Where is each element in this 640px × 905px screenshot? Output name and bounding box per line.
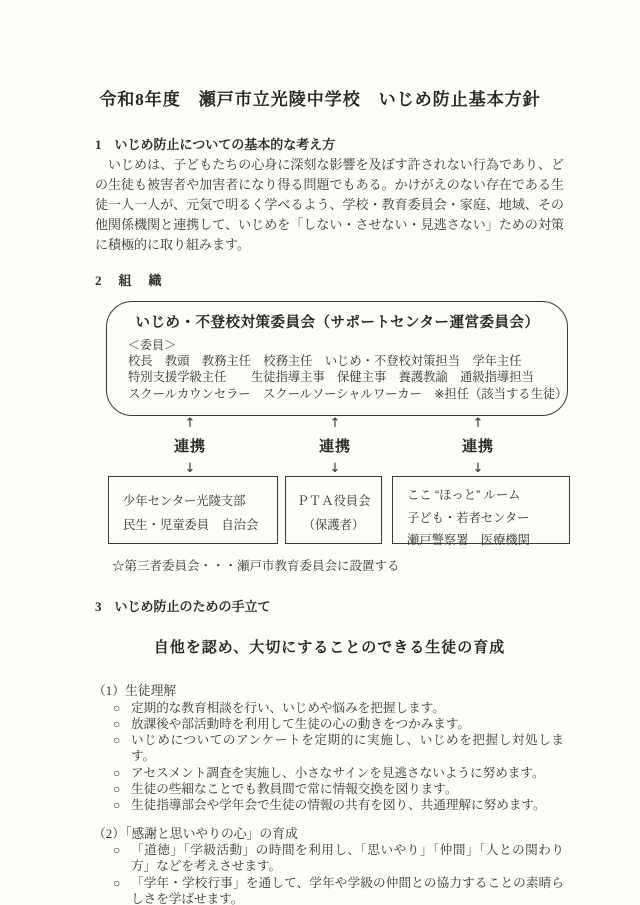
arrow-up-icon: ↑ [330, 417, 341, 430]
committee-member-row: 校長 教頭 教務主任 校務主任 いじめ・不登校対策担当 学年主任 [128, 353, 547, 369]
policy-item: ○ いじめについてのアンケートを定期的に実施し、いじめを把握し対処します。 [95, 732, 564, 765]
policy-item: ○ 生徒の些細なことでも教員間で常に情報交換を図ります。 [95, 781, 564, 797]
committee-box: いじめ・不登校対策委員会（サポートセンター運営委員会） ＜委員＞ 校長 教頭 教… [106, 301, 568, 416]
partner-line: 少年センター光陵支部 [123, 489, 277, 513]
policy-item: ○ 「学年・学校行事」を通して、学年や学級の仲間との協力することの素晴らしさを学… [95, 875, 564, 905]
link-label: 連携 [174, 438, 206, 455]
arrow-down-icon: ↓ [330, 462, 341, 475]
committee-title: いじめ・不登校対策委員会（サポートセンター運営委員会） [128, 311, 547, 332]
partner-line: （保護者） [286, 513, 381, 537]
partner-line: 民生・児童委員 自治会 [123, 513, 277, 537]
committee-member-row: 特別支援学級主任 生徒指導主事 保健主事 養護教諭 通級指導担当 [128, 369, 547, 385]
circle-bullet: ○ [113, 765, 131, 781]
policy-item: ○ 定期的な教育相談を行い、いじめや悩みを把握します。 [95, 700, 564, 716]
partner-box-youth-center: 少年センター光陵支部 民生・児童委員 自治会 [108, 476, 278, 544]
policy-item: ○ アセスメント調査を実施し、小さなサインを見逃さないように努めます。 [95, 765, 564, 781]
circle-bullet: ○ [113, 732, 131, 748]
subsection-gratitude-compassion: （2）「感謝と思いやりの心」の育成 ○ 「道徳」「学級活動」の時間を利用し、「思… [95, 826, 564, 905]
policy-item: ○ 放課後や部活動時を利用して生徒の心の動きをつかみます。 [95, 716, 564, 732]
link-label: 連携 [462, 438, 494, 455]
circle-bullet: ○ [113, 797, 131, 813]
committee-member-row: スクールカウンセラー スクールソーシャルワーカー ※担任（該当する生徒） [128, 386, 547, 402]
section1-heading: 1 いじめ防止についての基本的な考え方 [95, 134, 564, 153]
link-label: 連携 [319, 438, 351, 455]
arrow-down-icon: ↓ [185, 462, 196, 475]
organization-diagram: いじめ・不登校対策委員会（サポートセンター運営委員会） ＜委員＞ 校長 教頭 教… [0, 301, 640, 583]
subsection-heading: （1）生徒理解 [93, 683, 564, 700]
link-column: ↑ 連携 ↓ [443, 417, 513, 475]
section1-paragraph: いじめは、子どもたちの心身に深刻な影響を及ぼす許されない行為であり、どの生徒も被… [95, 155, 564, 255]
partner-line: 子ども・若者センター [407, 507, 569, 530]
partner-box-community: ここ “ほっと” ルーム 子ども・若者センター 瀬戸警察署 医療機関 [392, 476, 570, 544]
policy-item: ○ 「道徳」「学級活動」の時間を利用し、「思いやり」「仲間」「人との関わり方」な… [95, 842, 564, 875]
arrow-up-icon: ↑ [185, 417, 196, 430]
circle-bullet: ○ [113, 842, 131, 858]
partner-line: ここ “ほっと” ルーム [407, 484, 569, 507]
section2-heading: 2 組 織 [95, 270, 564, 289]
link-column: ↑ 連携 ↓ [155, 417, 225, 475]
committee-members-label: ＜委員＞ [128, 336, 547, 353]
scanned-document-page: 令和8年度 瀬戸市立光陵中学校 いじめ防止基本方針 1 いじめ防止についての基本… [0, 0, 640, 905]
policy-item: ○ 生徒指導部会や学年会で生徒の情報の共有を図り、共通理解に努めます。 [95, 797, 564, 813]
education-slogan: 自他を認め、大切にすることのできる生徒の育成 [95, 636, 564, 657]
circle-bullet: ○ [113, 781, 131, 797]
partner-line: 瀬戸警察署 医療機関 [407, 529, 569, 552]
subsection-heading: （2）「感謝と思いやりの心」の育成 [93, 826, 564, 843]
partner-line: ＰＴＡ役員会 [286, 489, 381, 513]
partner-box-pta: ＰＴＡ役員会 （保護者） [285, 476, 382, 544]
document-title: 令和8年度 瀬戸市立光陵中学校 いじめ防止基本方針 [0, 85, 640, 110]
circle-bullet: ○ [113, 875, 131, 891]
link-column: ↑ 連携 ↓ [300, 417, 370, 475]
section3-heading: 3 いじめ防止のための手立て [95, 596, 564, 615]
circle-bullet: ○ [113, 700, 131, 716]
circle-bullet: ○ [113, 716, 131, 732]
third-party-committee-note: ☆第三者委員会・・・瀬戸市教育委員会に設置する [112, 556, 400, 574]
arrow-down-icon: ↓ [473, 462, 484, 475]
subsection-student-understanding: （1）生徒理解 ○ 定期的な教育相談を行い、いじめや悩みを把握します。 ○ 放課… [95, 683, 564, 814]
arrow-up-icon: ↑ [473, 417, 484, 430]
